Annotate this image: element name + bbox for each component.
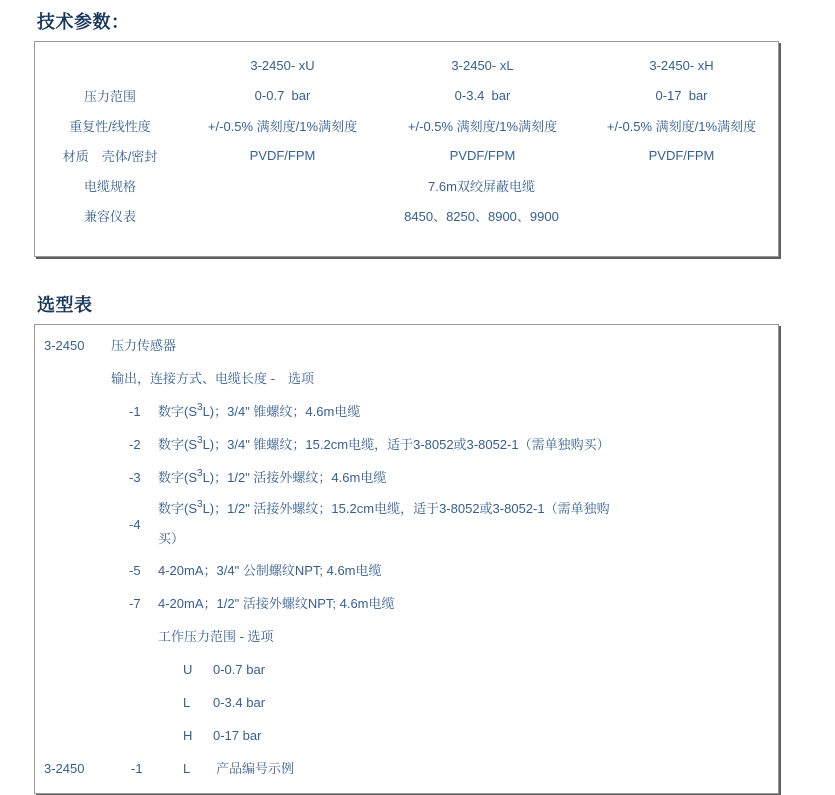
- option-row-4: -4 数字(S3L)；1/2" 活接外螺纹；15.2cm电缆，适于3-8052或…: [35, 494, 768, 554]
- spec-row-pressure-range: 压力范围 0-0.7 bar 0-3.4 bar 0-17 bar: [35, 80, 778, 110]
- selection-table-heading: 选型表: [37, 291, 779, 317]
- spec-row-cable: 电缆规格 7.6m双绞屏蔽电缆: [35, 170, 778, 200]
- desc-line: 数字(S3L)；1/2" 活接外螺纹；15.2cm电缆，适于3-8052或3-8…: [158, 494, 756, 524]
- option-row-5: -5 4-20mA；3/4" 公制螺纹NPT; 4.6m电缆: [35, 554, 768, 587]
- spec-value: 0-0.7 bar: [185, 80, 380, 110]
- section-selection-table: 选型表 3-2450 压力传感器 输出，连接方式、电缆长度 - 选项 -1 数字…: [34, 291, 779, 794]
- spec-label: 重复性/线性度: [35, 110, 185, 140]
- desc-text: L)；3/4" 锥螺纹；15.2cm电缆，适于3-8052或3-8052-1（需…: [203, 437, 610, 452]
- spec-col-xh: 3-2450- xH: [585, 50, 778, 80]
- option-code: -1: [129, 395, 158, 428]
- option-code: -5: [129, 554, 158, 587]
- option-description: 数字(S3L)；1/2" 活接外螺纹；15.2cm电缆，适于3-8052或3-8…: [158, 494, 768, 554]
- section-tech-params: 技术参数： 3-2450- xU 3-2450- xL 3-2450- xH 压…: [34, 8, 779, 257]
- desc-text: 数字(S: [158, 470, 197, 485]
- model-row: 3-2450 压力传感器: [35, 329, 768, 362]
- pressure-option-l: L 0-3.4 bar: [35, 686, 768, 719]
- spec-label: 材质 壳体/密封: [35, 140, 185, 170]
- tech-params-panel: 3-2450- xU 3-2450- xL 3-2450- xH 压力范围 0-…: [34, 41, 779, 257]
- spec-value: PVDF/FPM: [185, 140, 380, 170]
- desc-text: L)；3/4" 锥螺纹；4.6m电缆: [203, 404, 361, 419]
- pressure-value: 0-3.4 bar: [213, 686, 768, 719]
- spec-value: 0-17 bar: [585, 80, 778, 110]
- spec-value: PVDF/FPM: [380, 140, 585, 170]
- spec-label: 压力范围: [35, 80, 185, 110]
- spec-row-material: 材质 壳体/密封 PVDF/FPM PVDF/FPM PVDF/FPM: [35, 140, 778, 170]
- spec-value: +/-0.5% 满刻度/1%满刻度: [585, 110, 778, 140]
- superscript: 3: [197, 402, 203, 413]
- model-number: 3-2450: [44, 329, 111, 362]
- page: 技术参数： 3-2450- xU 3-2450- xL 3-2450- xH 压…: [0, 0, 835, 794]
- tech-spec-table: 3-2450- xU 3-2450- xL 3-2450- xH 压力范围 0-…: [35, 50, 778, 230]
- option-description: 数字(S3L)；1/2" 活接外螺纹；4.6m电缆: [158, 461, 768, 494]
- option-description: 4-20mA；1/2" 活接外螺纹NPT; 4.6m电缆: [158, 587, 768, 620]
- example-pressure: L: [183, 752, 216, 785]
- option-row-2: -2 数字(S3L)；3/4" 锥螺纹；15.2cm电缆，适于3-8052或3-…: [35, 428, 768, 461]
- superscript: 3: [197, 435, 203, 446]
- pressure-header-row: 工作压力范围 - 选项: [35, 620, 768, 653]
- option-code: -3: [129, 461, 158, 494]
- spec-row-repeatability: 重复性/线性度 +/-0.5% 满刻度/1%满刻度 +/-0.5% 满刻度/1%…: [35, 110, 778, 140]
- spec-value-span: 7.6m双绞屏蔽电缆: [185, 170, 778, 200]
- tech-params-heading: 技术参数：: [37, 8, 779, 34]
- desc-text: 数字(S: [158, 404, 197, 419]
- example-description: 产品编号示例: [216, 752, 768, 785]
- spec-value: PVDF/FPM: [585, 140, 778, 170]
- pressure-code: H: [183, 719, 213, 752]
- spec-value-span: 8450、8250、8900、9900: [185, 200, 778, 230]
- option-row-1: -1 数字(S3L)；3/4" 锥螺纹；4.6m电缆: [35, 395, 768, 428]
- pressure-option-u: U 0-0.7 bar: [35, 653, 768, 686]
- pressure-value: 0-17 bar: [213, 719, 768, 752]
- option-code: -2: [129, 428, 158, 461]
- option-code: -7: [129, 587, 158, 620]
- pressure-value: 0-0.7 bar: [213, 653, 768, 686]
- spec-col-xl: 3-2450- xL: [380, 50, 585, 80]
- spec-value: +/-0.5% 满刻度/1%满刻度: [380, 110, 585, 140]
- option-row-7: -7 4-20mA；1/2" 活接外螺纹NPT; 4.6m电缆: [35, 587, 768, 620]
- spec-col-xu: 3-2450- xU: [185, 50, 380, 80]
- pressure-option-h: H 0-17 bar: [35, 719, 768, 752]
- desc-text: L)；1/2" 活接外螺纹；15.2cm电缆，适于3-8052或3-8052-1…: [203, 501, 610, 516]
- superscript: 3: [197, 468, 203, 479]
- desc-text: 数字(S: [158, 501, 197, 516]
- option-description: 数字(S3L)；3/4" 锥螺纹；15.2cm电缆，适于3-8052或3-805…: [158, 428, 768, 461]
- spec-label: 电缆规格: [35, 170, 185, 200]
- example-model: 3-2450: [44, 752, 131, 785]
- option-description: 数字(S3L)；3/4" 锥螺纹；4.6m电缆: [158, 395, 768, 428]
- desc-text: 数字(S: [158, 437, 197, 452]
- spec-label: 兼容仪表: [35, 200, 185, 230]
- example-row: 3-2450 -1 L 产品编号示例: [35, 752, 768, 785]
- spec-value: +/-0.5% 满刻度/1%满刻度: [185, 110, 380, 140]
- pressure-header: 工作压力范围 - 选项: [158, 620, 768, 653]
- model-description: 压力传感器: [111, 329, 768, 362]
- output-header: 输出，连接方式、电缆长度 - 选项: [111, 362, 768, 395]
- option-row-3: -3 数字(S3L)；1/2" 活接外螺纹；4.6m电缆: [35, 461, 768, 494]
- example-option: -1: [131, 752, 183, 785]
- spec-row-compatible: 兼容仪表 8450、8250、8900、9900: [35, 200, 778, 230]
- desc-text: L)；1/2" 活接外螺纹；4.6m电缆: [203, 470, 387, 485]
- superscript: 3: [197, 499, 203, 510]
- pressure-code: L: [183, 686, 213, 719]
- spec-header-row: 3-2450- xU 3-2450- xL 3-2450- xH: [35, 50, 778, 80]
- spec-header-empty: [35, 50, 185, 80]
- spec-value: 0-3.4 bar: [380, 80, 585, 110]
- desc-text: 4-20mA；1/2" 活接外螺纹NPT; 4.6m电缆: [158, 596, 395, 611]
- pressure-code: U: [183, 653, 213, 686]
- desc-text: 4-20mA；3/4" 公制螺纹NPT; 4.6m电缆: [158, 563, 382, 578]
- option-code: -4: [129, 508, 158, 541]
- option-description: 4-20mA；3/4" 公制螺纹NPT; 4.6m电缆: [158, 554, 768, 587]
- selection-table-panel: 3-2450 压力传感器 输出，连接方式、电缆长度 - 选项 -1 数字(S3L…: [34, 324, 779, 794]
- desc-line-2: 买）: [158, 524, 756, 554]
- output-header-row: 输出，连接方式、电缆长度 - 选项: [35, 362, 768, 395]
